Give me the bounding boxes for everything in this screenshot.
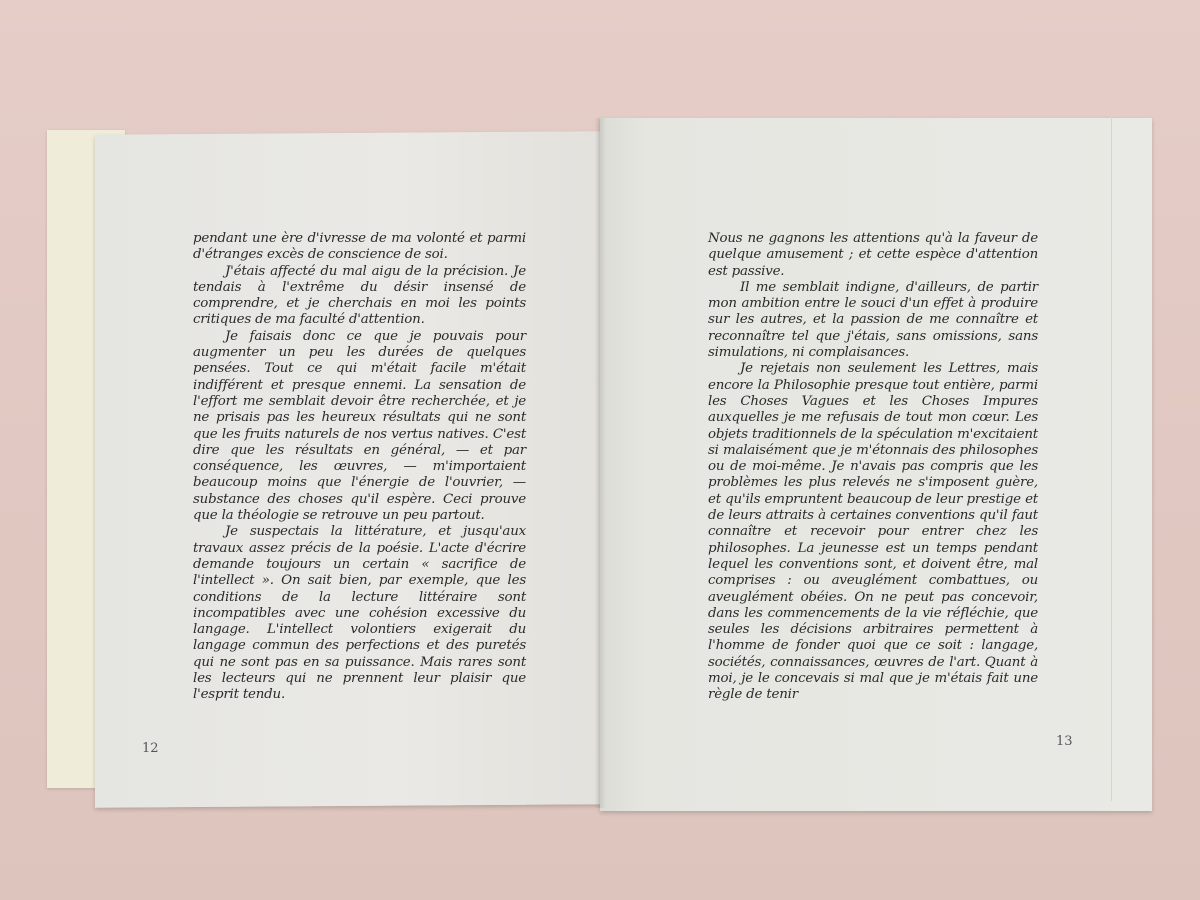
paragraph: pendant une ère d'ivresse de ma volonté … (193, 231, 526, 264)
paragraph: Il me semblait indigne, d'ailleurs, de p… (708, 280, 1038, 361)
paragraph: Nous ne gagnons les attentions qu'à la f… (708, 231, 1038, 280)
paragraph: J'étais affecté du mal aigu de la précis… (193, 264, 526, 329)
page-number-right: 13 (1056, 734, 1073, 749)
paragraph: Je rejetais non seulement les Lettres, m… (708, 361, 1038, 703)
page-number-left: 12 (142, 741, 159, 756)
paragraph: Je suspectais la littérature, et jusqu'a… (193, 524, 526, 703)
book-gutter (594, 118, 606, 808)
right-page-text: Nous ne gagnons les attentions qu'à la f… (708, 231, 1038, 704)
paragraph: Je faisais donc ce que je pouvais pour a… (193, 329, 526, 525)
left-page-text: pendant une ère d'ivresse de ma volonté … (193, 231, 526, 704)
